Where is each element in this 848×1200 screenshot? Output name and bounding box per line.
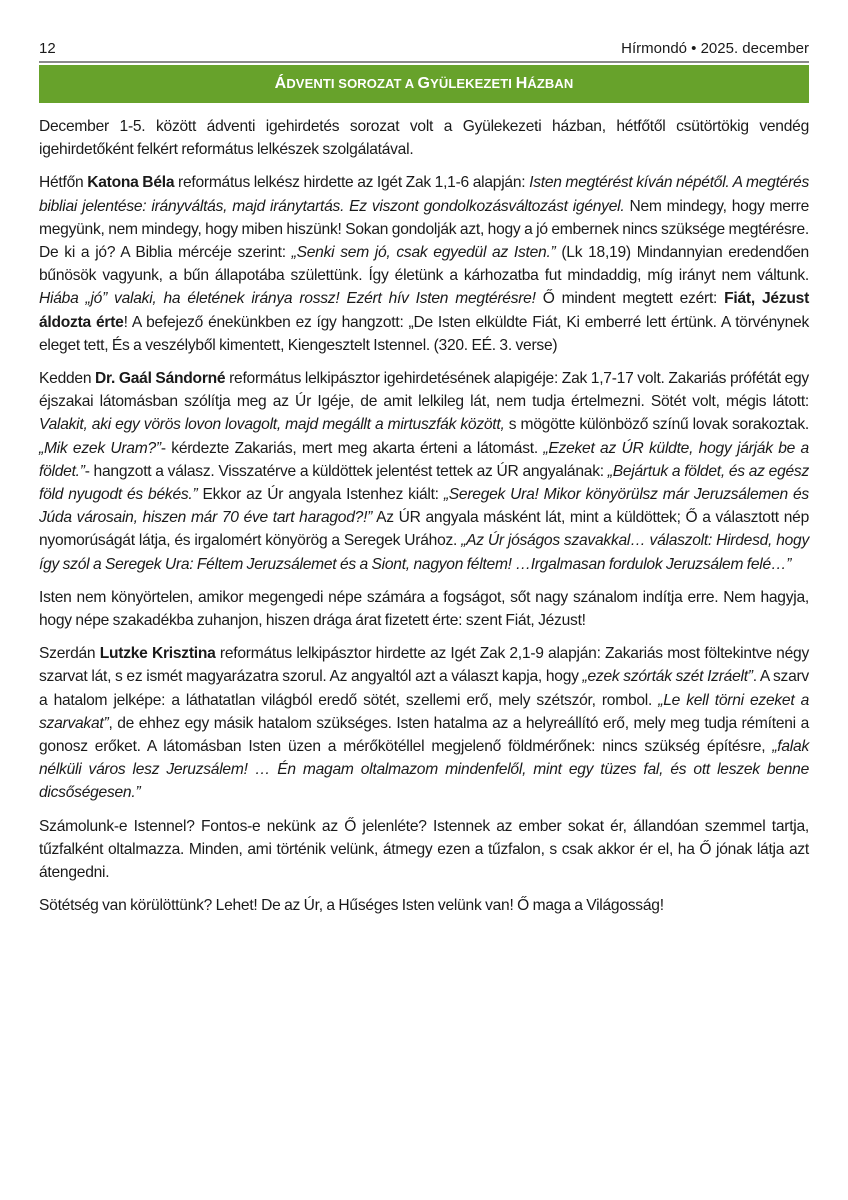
- bold-name: Lutzke Krisztina: [100, 645, 216, 662]
- article-body: December 1-5. között ádventi igehirdetés…: [39, 115, 809, 918]
- text-run: - kérdezte Zaka­riás, mert meg akarta ér…: [161, 440, 544, 457]
- paragraph: December 1-5. között ádventi igehirdetés…: [39, 115, 809, 161]
- page-number: 12: [39, 40, 56, 58]
- text-run: Hétfőn: [39, 174, 87, 191]
- text-run: Kedden: [39, 370, 95, 387]
- italic-quote: „ezek szórták szét Izráelt”: [583, 668, 753, 685]
- paragraph: Hétfőn Katona Béla református lelkész hi…: [39, 171, 809, 357]
- paragraph: Sötétség van körülöttünk? Lehet! De az Ú…: [39, 894, 809, 917]
- text-run: - hangzott a válasz. Visszatérve a küldö…: [85, 463, 608, 480]
- text-run: Számolunk-e Istennel? Fontos-e nekünk az…: [39, 818, 809, 881]
- paragraph: Számolunk-e Istennel? Fontos-e nekünk az…: [39, 815, 809, 885]
- paragraph: Isten nem könyörtelen, amikor megengedi …: [39, 586, 809, 632]
- publication-title: Hírmondó • 2025. december: [621, 40, 809, 58]
- text-run: Szerdán: [39, 645, 100, 662]
- text-run: Sötétség van körülöttünk? Lehet! De az Ú…: [39, 897, 664, 914]
- text-run: ! A befejező énekünkben ez így hangzott:…: [39, 314, 809, 354]
- bold-name: Katona Béla: [87, 174, 174, 191]
- paragraph: Szerdán Lutzke Krisztina református lelk…: [39, 642, 809, 804]
- italic-quote: „Mik ezek Uram?”: [39, 440, 161, 457]
- italic-quote: „Senki sem jó, csak egyedül az Isten.”: [292, 244, 556, 261]
- italic-quote: Hiába „jó” valaki, ha életének iránya ro…: [39, 290, 536, 307]
- text-run: , de ehhez egy másik hata­lom szükséges.…: [39, 715, 809, 755]
- section-title-banner: ÁDVENTI SOROZAT A GYÜLEKEZETI HÁZBAN: [39, 65, 809, 103]
- text-run: Ő mindent meg­tett ezért:: [536, 290, 724, 307]
- document-page: 12 Hírmondó • 2025. december ÁDVENTI SOR…: [39, 40, 809, 928]
- text-run: December 1-5. között ádventi igehirdetés…: [39, 118, 809, 158]
- paragraph: Kedden Dr. Gaál Sándorné református lelk…: [39, 367, 809, 576]
- text-run: Ekkor az Úr angyala Istenhez kiált:: [197, 486, 443, 503]
- text-run: református lelkész hirdette az Igét Zak …: [174, 174, 529, 191]
- running-header: 12 Hírmondó • 2025. december: [39, 40, 809, 63]
- section-title: ÁDVENTI SOROZAT A GYÜLEKEZETI HÁZBAN: [275, 75, 574, 93]
- italic-quote: Valakit, aki egy vörös lovon lovagolt, m…: [39, 416, 505, 433]
- bold-name: Dr. Gaál Sándorné: [95, 370, 225, 387]
- text-run: Isten nem könyörtelen, amikor megengedi …: [39, 589, 809, 629]
- text-run: s mögötte különböző színű lovak sorakozt…: [505, 416, 809, 433]
